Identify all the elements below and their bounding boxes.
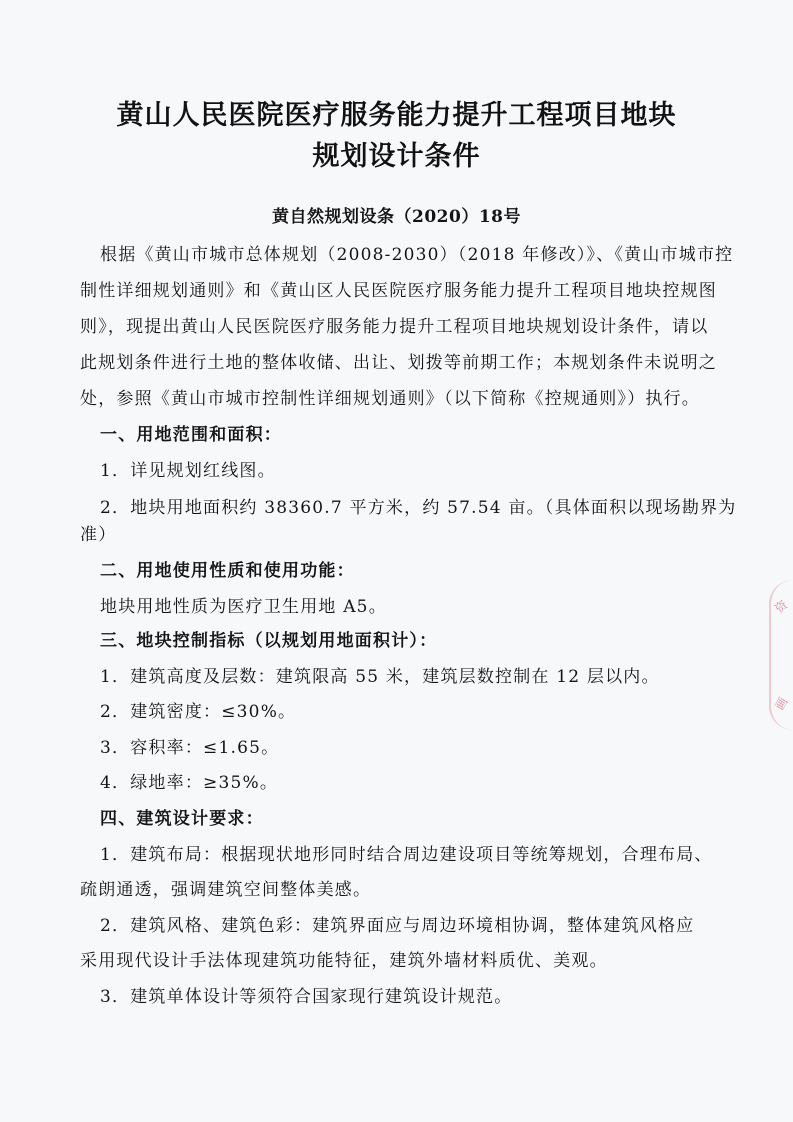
document-number: 黄自然规划设条（2020）18号 [0,202,793,227]
seal-char: 画 [771,694,792,713]
section-heading-land-use: 二、用地使用性质和使用功能： [100,556,355,581]
section-line: 2．建筑密度：≤30%。 [100,697,296,722]
intro-line: 制性详细规划通则》和《黄山区人民医院医疗服务能力提升工程项目地块控规图 [80,276,717,301]
section-line: 2．建筑风格、建筑色彩：建筑界面应与周边环境相协调，整体建筑风格应 [100,911,694,936]
intro-line: 此规划条件进行土地的整体收储、出让、划拨等前期工作；本规划条件未说明之 [80,348,717,373]
section-line: 4．绿地率：≥35%。 [100,768,278,793]
section-line: 2．地块用地面积约 38360.7 平方米，约 57.54 亩。（具体面积以现场… [100,493,737,518]
section-line: 采用现代设计手法体现建筑功能特征，建筑外墙材料质优、美观。 [80,946,608,971]
seal-char: 资 [771,596,791,617]
document-page: 黄山人民医院医疗服务能力提升工程项目地块 规划设计条件 黄自然规划设条（2020… [0,0,793,1122]
intro-line: 根据《黄山市城市总体规划（2008-2030）（2018 年修改）》、《黄山市城… [100,240,733,265]
document-title-line1: 黄山人民医院医疗服务能力提升工程项目地块 [0,93,793,132]
section-line: 3．容积率：≤1.65。 [100,733,279,758]
section-line: 地块用地性质为医疗卫生用地 A5。 [100,592,387,617]
section-line: 3．建筑单体设计等须符合国家现行建筑设计规范。 [100,982,512,1007]
official-seal-fragment: 资 画 [769,580,793,730]
section-line: 1．建筑布局：根据现状地形同时结合周边建设项目等统筹规划，合理布局、 [100,840,713,865]
intro-line: 则》，现提出黄山人民医院医疗服务能力提升工程项目地块规划设计条件，请以 [80,312,709,337]
document-title-line2: 规划设计条件 [0,134,793,173]
section-line: 1．建筑高度及层数：建筑限高 55 米，建筑层数控制在 12 层以内。 [100,662,660,687]
section-heading-design-requirements: 四、建筑设计要求： [100,804,264,829]
section-line: 疏朗通透，强调建筑空间整体美感。 [80,875,371,900]
section-heading-land-scope: 一、用地范围和面积： [100,420,282,445]
intro-line: 处，参照《黄山市城市控制性详细规划通则》（以下简称《控规通则》）执行。 [80,384,700,409]
section-line: 1．详见规划红线图。 [100,456,276,481]
section-line: 准） [80,520,116,545]
section-heading-control-indicators: 三、地块控制指标（以规划用地面积计）： [100,626,437,651]
